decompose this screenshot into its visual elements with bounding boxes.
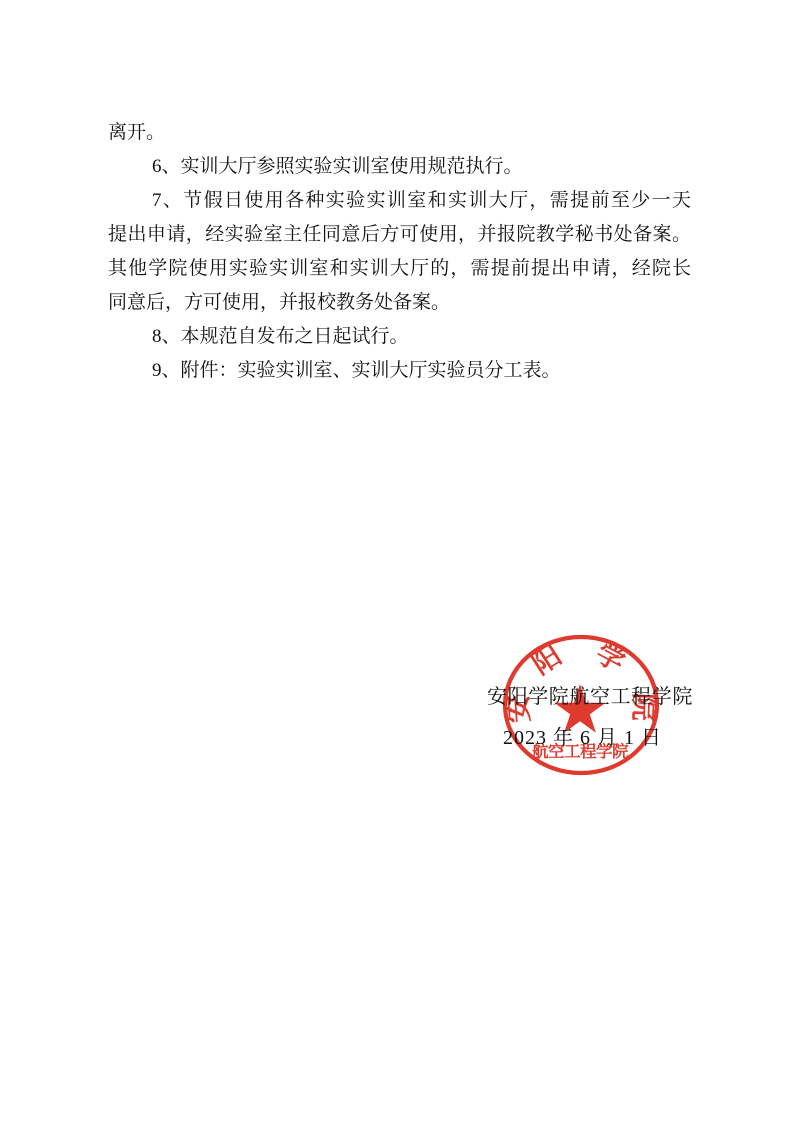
body-line-2: 6、实训大厅参照实验实训室使用规范执行。 [108, 150, 691, 184]
body-line-6: 同意后，方可使用，并报校教务处备案。 [108, 286, 691, 320]
body-line-1: 离开。 [108, 116, 691, 150]
signature-date: 2023 年 6 月 1 日 [503, 721, 662, 750]
body-line-4: 提出申请，经实验室主任同意后方可使用，并报院教学秘书处备案。 [108, 218, 691, 252]
document-page: 离开。 6、实训大厅参照实验实训室使用规范执行。 7、节假日使用各种实验实训室和… [0, 0, 794, 1123]
body-line-8: 9、附件：实验实训室、实训大厅实验员分工表。 [108, 354, 691, 388]
seal-arc-char-2: 阳 [526, 639, 567, 681]
body-line-3: 7、节假日使用各种实验实训室和实训大厅，需提前至少一天 [108, 184, 691, 218]
signature-name: 安阳学院航空工程学院 [487, 680, 693, 709]
body-line-5: 其他学院使用实验实训室和实训大厅的，需提前提出申请，经院长 [108, 252, 691, 286]
body-line-7: 8、本规范自发布之日起试行。 [108, 320, 691, 354]
document-body: 离开。 6、实训大厅参照实验实训室使用规范执行。 7、节假日使用各种实验实训室和… [108, 116, 691, 388]
seal-arc-char-3: 学 [590, 637, 630, 678]
